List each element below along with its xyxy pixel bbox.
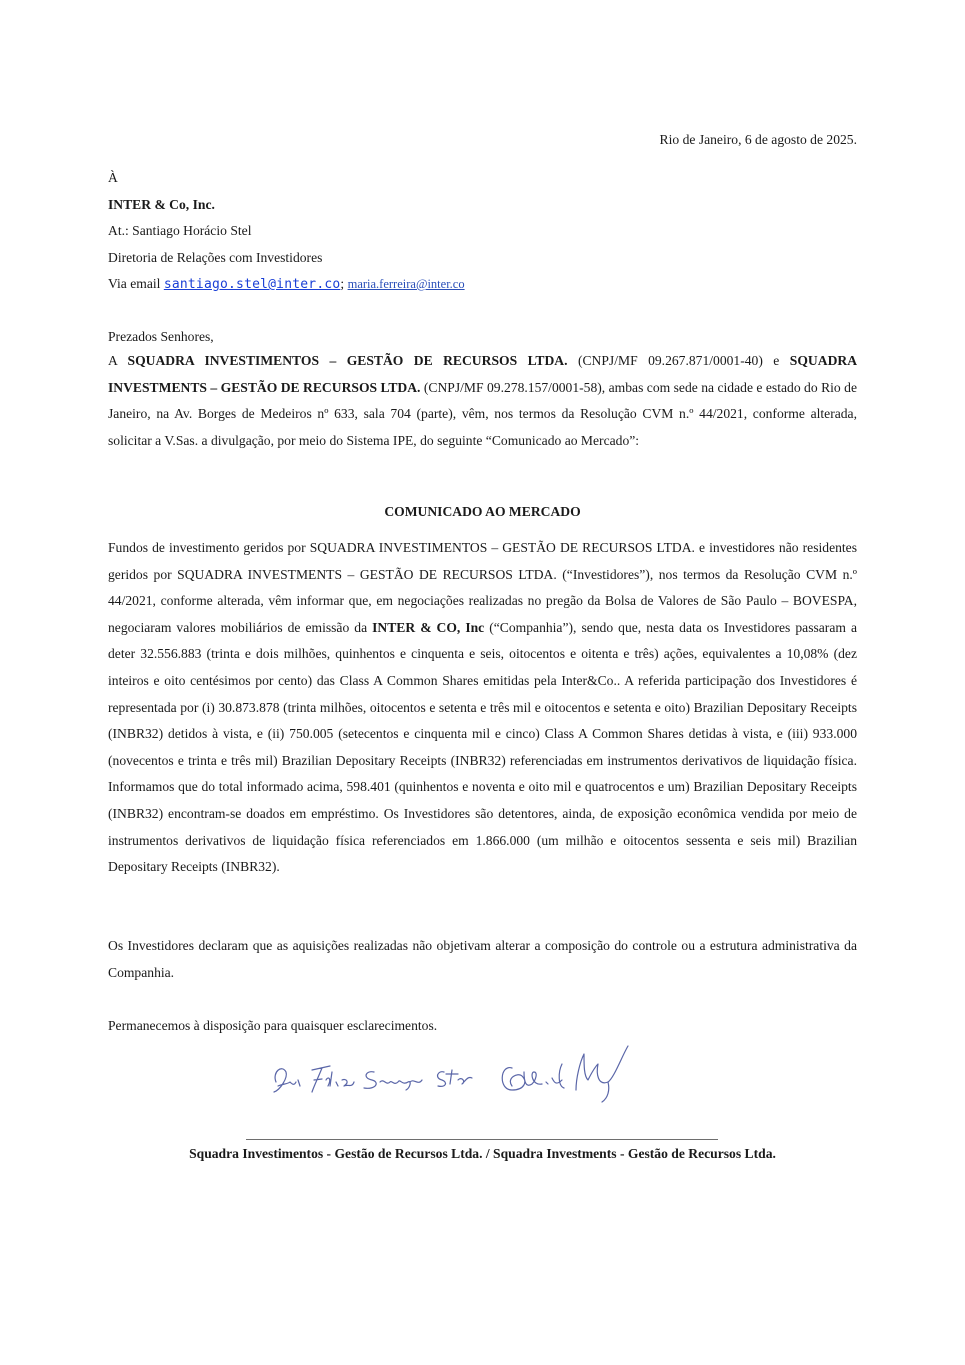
handwritten-signatures (262, 1042, 642, 1104)
email-link-maria[interactable]: maria.ferreira@inter.co (348, 277, 465, 291)
via-email-label: Via email (108, 276, 160, 291)
declaration-paragraph: Os Investidores declaram que as aquisiçõ… (108, 933, 857, 986)
date-line: Rio de Janeiro, 6 de agosto de 2025. (660, 132, 857, 148)
recipient-company: INTER & Co, Inc. (108, 192, 857, 219)
intro-paragraph: A SQUADRA INVESTIMENTOS – GESTÃO DE RECU… (108, 348, 857, 454)
intro-prefix: A (108, 353, 117, 368)
company-name-bold: INTER & CO, Inc (372, 620, 484, 635)
letter-page: Rio de Janeiro, 6 de agosto de 2025. À I… (0, 0, 965, 1365)
email-link-santiago[interactable]: santiago.stel@inter.co (164, 277, 341, 292)
greeting: Prezados Senhores, (108, 324, 857, 351)
body-part-2: (“Companhia”), sendo que, nesta data os … (108, 620, 857, 874)
signature-line (246, 1139, 718, 1140)
recipient-department: Diretoria de Relações com Investidores (108, 245, 857, 272)
closing-line: Permanecemos à disposição para quaisquer… (108, 1013, 857, 1040)
signature-1 (274, 1066, 472, 1092)
email-separator: ; (340, 276, 344, 291)
recipient-block: À INTER & Co, Inc. At.: Santiago Horácio… (108, 165, 857, 298)
signatory-name: Squadra Investimentos - Gestão de Recurs… (0, 1146, 965, 1162)
recipient-attention: At.: Santiago Horácio Stel (108, 218, 857, 245)
section-heading: COMUNICADO AO MERCADO (108, 500, 857, 524)
salutation-prefix: À (108, 165, 857, 192)
entity-1-cnpj: (CNPJ/MF 09.267.871/0001-40) e (578, 353, 779, 368)
recipient-email-line: Via email santiago.stel@inter.co; maria.… (108, 271, 857, 298)
signature-2 (502, 1046, 628, 1102)
body-paragraph: Fundos de investimento geridos por SQUAD… (108, 535, 857, 881)
entity-1: SQUADRA INVESTIMENTOS – GESTÃO DE RECURS… (128, 353, 568, 368)
